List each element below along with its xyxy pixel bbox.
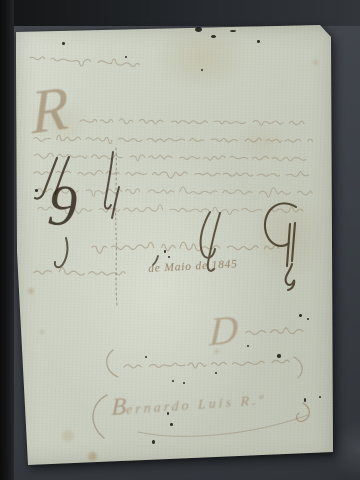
- photograph-of-manuscript: R 9 de Maio de 1845 D Bernardo Luis R.º: [0, 0, 360, 480]
- manuscript-paper-wrap: [12, 22, 338, 468]
- manuscript-paper: [12, 22, 338, 468]
